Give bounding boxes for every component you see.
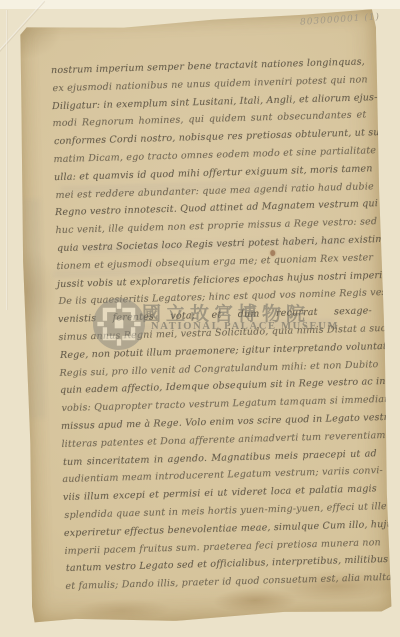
manuscript-page: nostrum imperium semper bene tractavit n… bbox=[16, 9, 393, 625]
manuscript-text: nostrum imperium semper bene tractavit n… bbox=[51, 53, 380, 595]
backing-crease-left bbox=[6, 10, 8, 310]
backing-crease-top bbox=[0, 0, 400, 9]
